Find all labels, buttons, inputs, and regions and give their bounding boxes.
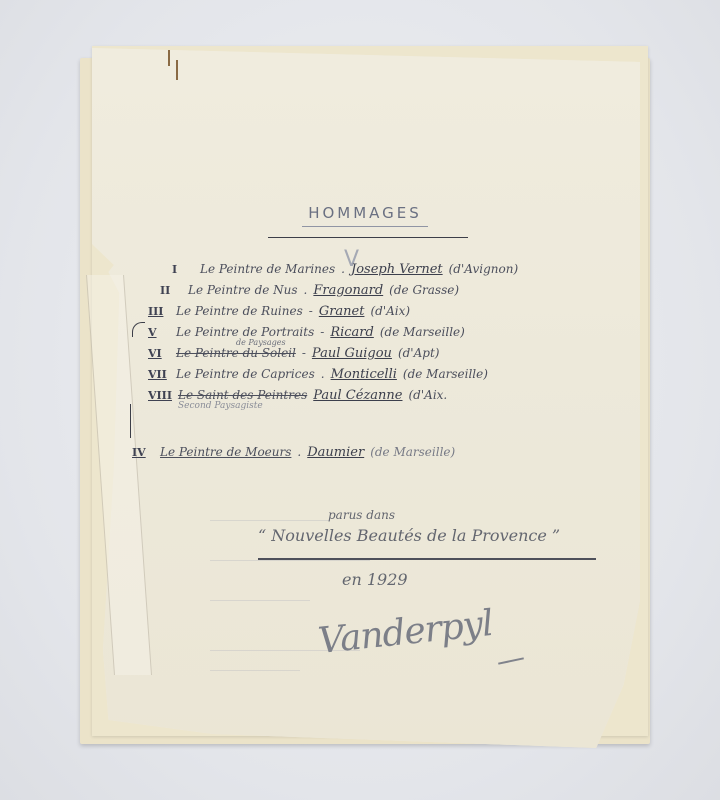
entry-genre-correction: Second Paysagiste (178, 401, 263, 411)
page-title: HOMMAGES (302, 204, 428, 227)
entry-genre: Le Peintre de Ruines (176, 304, 303, 318)
entry-origin: (de Marseille) (380, 325, 465, 339)
entry-origin: (de Marseille) (403, 367, 488, 381)
title-underline (268, 237, 468, 238)
entry-painter: Paul Cézanne (313, 388, 402, 403)
entry-genre: Le Peintre de Portraits (176, 325, 314, 339)
entry-genre-correction: de Paysages (236, 338, 286, 347)
title-block: HOMMAGES (280, 203, 450, 238)
dedication-line-2: “ Nouvelles Beautés de la Provence ” (258, 526, 560, 545)
staple-mark (168, 50, 170, 66)
entry-numeral: VI (148, 347, 170, 360)
entry-genre: Le Saint des Peintres (178, 388, 307, 402)
entry-numeral: VIII (148, 389, 172, 402)
entry-painter: Granet (319, 304, 365, 319)
dedication-underline (258, 558, 596, 560)
entry-origin: (d'Avignon) (449, 262, 519, 276)
show-through-text (210, 670, 300, 671)
insertion-line (130, 404, 131, 438)
dedication-year: en 1929 (342, 570, 408, 589)
entry-origin: (de Marseille) (370, 445, 455, 459)
entry-numeral: I (172, 263, 194, 276)
entry-origin: (d'Aix) (370, 304, 410, 318)
entry-origin: (de Grasse) (389, 283, 459, 297)
entry-genre: Le Peintre de Moeurs (160, 445, 291, 459)
entry-numeral: V (148, 326, 170, 339)
dedication-line-1: parus dans (328, 508, 395, 522)
list-item: II Le Peintre de Nus . Fragonard (de Gra… (160, 283, 568, 304)
list-item: VIII Le Saint des Peintres Second Paysag… (148, 388, 568, 409)
show-through-text (210, 600, 310, 601)
list-item-final: IV Le Peintre de Moeurs . Daumier (de Ma… (132, 445, 568, 466)
entry-numeral: VII (148, 368, 170, 381)
entry-numeral: III (148, 305, 170, 318)
list-item: III Le Peintre de Ruines - Granet (d'Aix… (148, 304, 568, 325)
entry-painter: Ricard (330, 325, 374, 340)
show-through-text (210, 560, 370, 561)
show-through-text (210, 520, 330, 521)
entry-list: I Le Peintre de Marines . Joseph Vernet … (148, 262, 568, 466)
entry-numeral: IV (132, 446, 154, 459)
staple-mark (176, 60, 178, 80)
list-item: V Le Peintre de Portraits - Ricard (de M… (148, 325, 568, 346)
entry-origin: (d'Apt) (398, 346, 440, 360)
entry-painter: Daumier (307, 445, 364, 460)
entry-painter: Joseph Vernet (351, 262, 443, 277)
entry-genre: Le Peintre de Caprices (176, 367, 315, 381)
insertion-bracket (132, 322, 145, 337)
list-item: VII Le Peintre de Caprices . Monticelli … (148, 367, 568, 388)
entry-origin: (d'Aix. (409, 388, 448, 402)
entry-genre: Le Peintre de Nus (188, 283, 298, 297)
entry-painter: Fragonard (313, 283, 383, 298)
entry-painter: Paul Guigou (312, 346, 392, 361)
list-item: I Le Peintre de Marines . Joseph Vernet … (172, 262, 568, 283)
entry-numeral: II (160, 284, 182, 297)
entry-painter: Monticelli (331, 367, 397, 382)
entry-genre: Le Peintre du Soleil (176, 346, 296, 360)
entry-genre: Le Peintre de Marines (200, 262, 335, 276)
list-item: VI Le Peintre du Soleil de Paysages - Pa… (148, 346, 568, 367)
